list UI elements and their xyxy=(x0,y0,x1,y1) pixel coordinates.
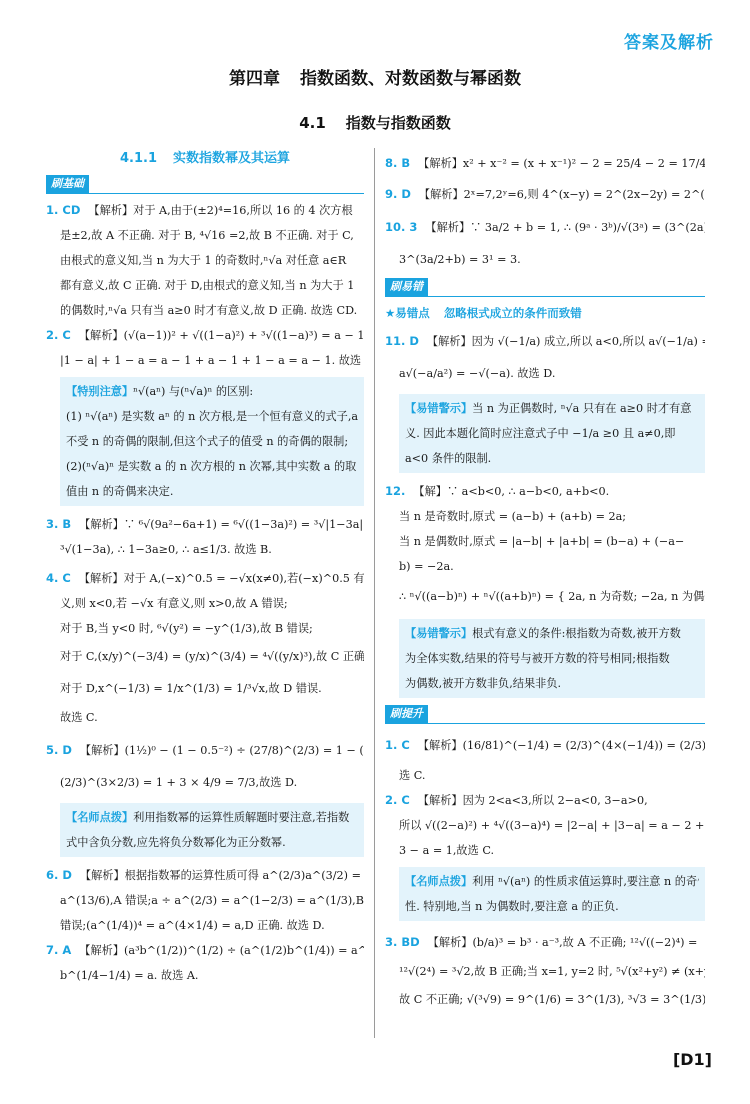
special-attention-note: 【特别注意】ⁿ√(aⁿ) 与(ⁿ√a)ⁿ 的区别: (1) ⁿ√(aⁿ) 是实数… xyxy=(60,377,364,506)
section-name: 指数与指数函数 xyxy=(346,114,451,132)
note-label: 【易错警示】 xyxy=(405,627,472,640)
answer-item-10: 10. 3【解析】∵ 3a/2 + b = 1, ∴ (9ᵃ · 3ᵇ)/√(3… xyxy=(385,210,705,275)
answer-number: 4. C xyxy=(46,571,71,585)
bar-label: 刷易错 xyxy=(385,278,428,296)
left-column: 4.1.1实数指数幂及其运算 刷基础 1. CD【解析】对于 A,由于(±2)⁴… xyxy=(46,148,364,988)
answer-number: 1. C xyxy=(385,738,410,752)
teacher-tip-note: 【名师点拨】利用指数幂的运算性质解题时要注意,若指数 式中含负分数,应先将负分数… xyxy=(60,803,364,857)
answer-item-11: 11. D【解析】因为 √(−1/a) 成立,所以 a<0,所以 a√(−1/a… xyxy=(385,325,705,390)
bar-label: 刷提升 xyxy=(385,705,428,723)
answer-item-12: 12.【解】∵ a<b<0, ∴ a−b<0, a+b<0. 当 n 是奇数时,… xyxy=(385,479,705,615)
answer-number: 3. BD xyxy=(385,935,420,949)
answer-number: 2. C xyxy=(385,793,410,807)
right-column: 8. B【解析】x² + x⁻² = (x + x⁻¹)² − 2 = 25/4… xyxy=(385,148,705,1014)
note-label: 【名师点拨】 xyxy=(66,811,133,824)
chapter-title: 第四章指数函数、对数函数与幂函数 xyxy=(0,64,750,89)
section-bar-basic: 刷基础 xyxy=(46,174,364,194)
subsection-title: 4.1.1实数指数幂及其运算 xyxy=(46,148,364,170)
star-icon: ★易错点 xyxy=(385,306,430,320)
improve-item-1: 1. C【解析】(16/81)^(−1/4) = (2/3)^(4×(−1/4)… xyxy=(385,728,705,788)
answer-number: 6. D xyxy=(46,868,72,882)
answer-number: 3. B xyxy=(46,517,71,531)
answer-item-4: 4. C【解析】对于 A,(−x)^0.5 = −√x(x≠0),若(−x)^0… xyxy=(46,566,364,730)
bar-label: 刷基础 xyxy=(46,175,89,193)
improve-item-2: 2. C【解析】因为 2<a<3,所以 2−a<0, 3−a>0, 所以 √((… xyxy=(385,788,705,863)
answer-item-1: 1. CD【解析】对于 A,由于(±2)⁴=16,所以 16 的 4 次方根 是… xyxy=(46,198,364,323)
section-bar-error: 刷易错 xyxy=(385,277,705,297)
answer-item-3: 3. B【解析】∵ ⁶√(9a²−6a+1) = ⁶√((1−3a)²) = ³… xyxy=(46,512,364,562)
section-title: 4.1指数与指数函数 xyxy=(0,112,750,133)
answer-number: 8. B xyxy=(385,156,410,170)
note-label: 【特别注意】 xyxy=(66,385,133,398)
answer-item-5: 5. D【解析】(1½)⁰ − (1 − 0.5⁻²) ÷ (27/8)^(2/… xyxy=(46,734,364,799)
column-divider xyxy=(374,148,375,1038)
answer-number: 9. D xyxy=(385,187,411,201)
chapter-number: 第四章 xyxy=(229,69,280,89)
answer-item-2: 2. C【解析】(√(a−1))² + √((1−a)²) + ³√((1−a)… xyxy=(46,323,364,373)
answer-item-6: 6. D【解析】根据指数幂的运算性质可得 a^(2/3)a^(3/2) = a^… xyxy=(46,863,364,938)
teacher-tip-note-2: 【名师点拨】利用 ⁿ√(aⁿ) 的性质求值运算时,要注意 n 的奇偶 性. 特别… xyxy=(399,867,705,921)
answer-number: 7. A xyxy=(46,943,71,957)
answer-number: 12. xyxy=(385,484,405,498)
chapter-name: 指数函数、对数函数与幂函数 xyxy=(300,69,521,89)
answer-item-9: 9. D【解析】2ˣ=7,2ʸ=6,则 4^(x−y) = 2^(2x−2y) … xyxy=(385,179,705,210)
note-label: 【名师点拨】 xyxy=(405,875,472,888)
error-point-heading: ★易错点忽略根式成立的条件而致错 xyxy=(385,301,705,325)
error-warning-note-2: 【易错警示】根式有意义的条件:根指数为奇数,被开方数 为全体实数,结果的符号与被… xyxy=(399,619,705,698)
answer-item-8: 8. B【解析】x² + x⁻² = (x + x⁻¹)² − 2 = 25/4… xyxy=(385,148,705,179)
answer-item-7: 7. A【解析】(a³b^(1/2))^(1/2) ÷ (a^(1/2)b^(1… xyxy=(46,938,364,988)
answer-number: 2. C xyxy=(46,328,71,342)
page-number: [D1] xyxy=(673,1050,712,1069)
section-number: 4.1 xyxy=(299,114,326,132)
error-warning-note: 【易错警示】当 n 为正偶数时, ⁿ√a 只有在 a≥0 时才有意 义. 因此本… xyxy=(399,394,705,473)
answer-number: 5. D xyxy=(46,743,72,757)
answer-analysis-tag: 答案及解析 xyxy=(624,28,714,53)
section-bar-improve: 刷提升 xyxy=(385,704,705,724)
answer-number: 10. 3 xyxy=(385,220,417,234)
improve-item-3: 3. BD【解析】(b/a)³ = b³ · a⁻³,故 A 不正确; ¹²√(… xyxy=(385,927,705,1014)
answer-number: 1. CD xyxy=(46,203,80,217)
note-label: 【易错警示】 xyxy=(405,402,472,415)
answer-number: 11. D xyxy=(385,334,419,348)
